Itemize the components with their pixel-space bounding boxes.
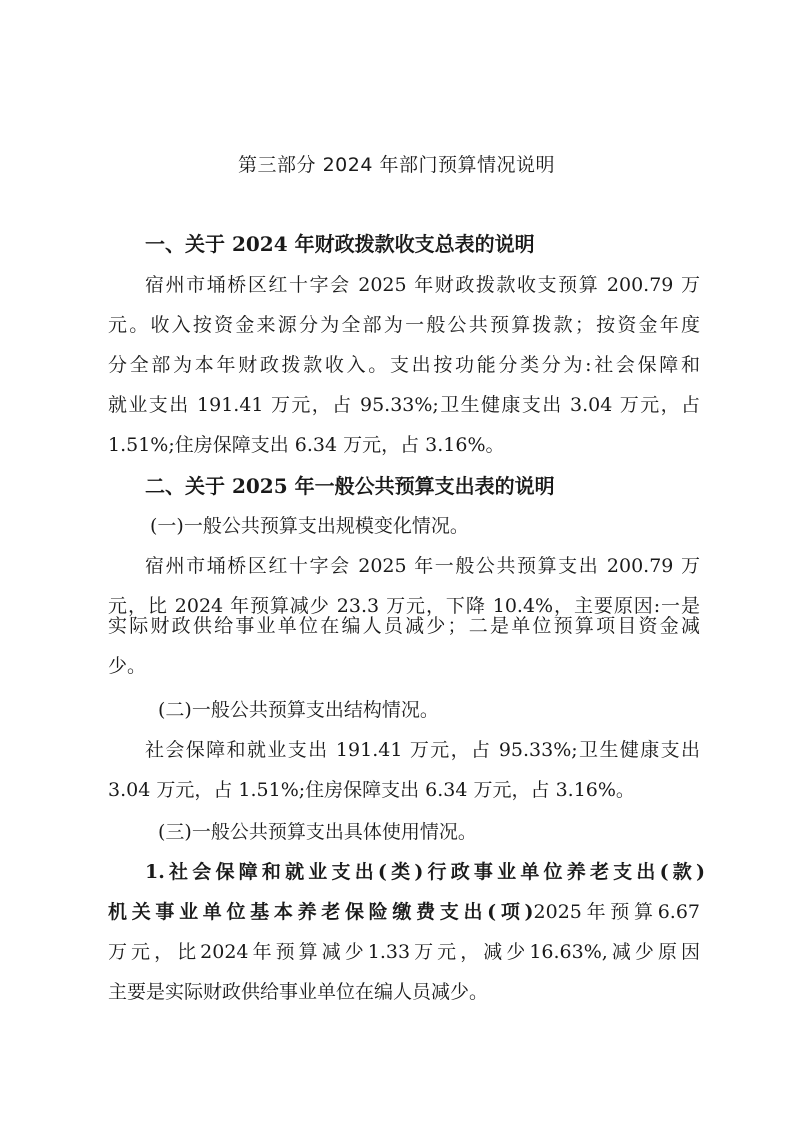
subsection1-heading: (一)一般公共预算支出规模变化情况。 bbox=[150, 514, 742, 538]
item1-title-line: 1.社会保障和就业支出(类)行政事业单位养老支出(款) bbox=[145, 860, 705, 884]
page-title: 第三部分 2024 年部门预算情况说明 bbox=[0, 150, 793, 177]
section1-heading: 一、关于 2024 年财政拨款收支总表的说明 bbox=[145, 232, 705, 256]
paragraph-line: 分全部为本年财政拨款收入。支出按功能分类分为:社会保障和 bbox=[108, 353, 700, 377]
section2-heading: 二、关于 2025 年一般公共预算支出表的说明 bbox=[145, 474, 737, 498]
item1-budget-text: 2025年预算6.67 bbox=[534, 901, 700, 923]
item1-line2: 机关事业单位基本养老保险缴费支出(项)2025年预算6.67 bbox=[108, 900, 700, 924]
paragraph-line: 社会保障和就业支出 191.41 万元，占 95.33%;卫生健康支出 bbox=[145, 738, 700, 762]
paragraph-line: 就业支出 191.41 万元，占 95.33%;卫生健康支出 3.04 万元，占 bbox=[108, 393, 700, 417]
paragraph-line: 1.51%;住房保障支出 6.34 万元，占 3.16%。 bbox=[108, 433, 700, 457]
paragraph-line: 实际财政供给事业单位在编人员减少；二是单位预算项目资金减 bbox=[108, 614, 700, 638]
document-page: 第三部分 2024 年部门预算情况说明 一、关于 2024 年财政拨款收支总表的… bbox=[0, 0, 793, 1122]
paragraph-line: 万元，比2024年预算减少1.33万元，减少16.63%,减少原因 bbox=[108, 940, 700, 964]
item1-title-rest: 机关事业单位基本养老保险缴费支出(项) bbox=[108, 901, 534, 923]
paragraph-line: 少。 bbox=[108, 654, 700, 678]
subsection3-heading: (三)一般公共预算支出具体使用情况。 bbox=[158, 820, 750, 844]
paragraph-line: 宿州市埇桥区红十字会 2025 年一般公共预算支出 200.79 万 bbox=[145, 554, 700, 578]
paragraph-line: 主要是实际财政供给事业单位在编人员减少。 bbox=[108, 980, 700, 1004]
paragraph-line: 3.04 万元，占 1.51%;住房保障支出 6.34 万元，占 3.16%。 bbox=[108, 778, 700, 802]
paragraph-line: 元。收入按资金来源分为全部为一般公共预算拨款；按资金年度 bbox=[108, 313, 700, 337]
paragraph-line: 宿州市埇桥区红十字会 2025 年财政拨款收支预算 200.79 万 bbox=[145, 273, 700, 297]
subsection2-heading: (二)一般公共预算支出结构情况。 bbox=[158, 698, 750, 722]
